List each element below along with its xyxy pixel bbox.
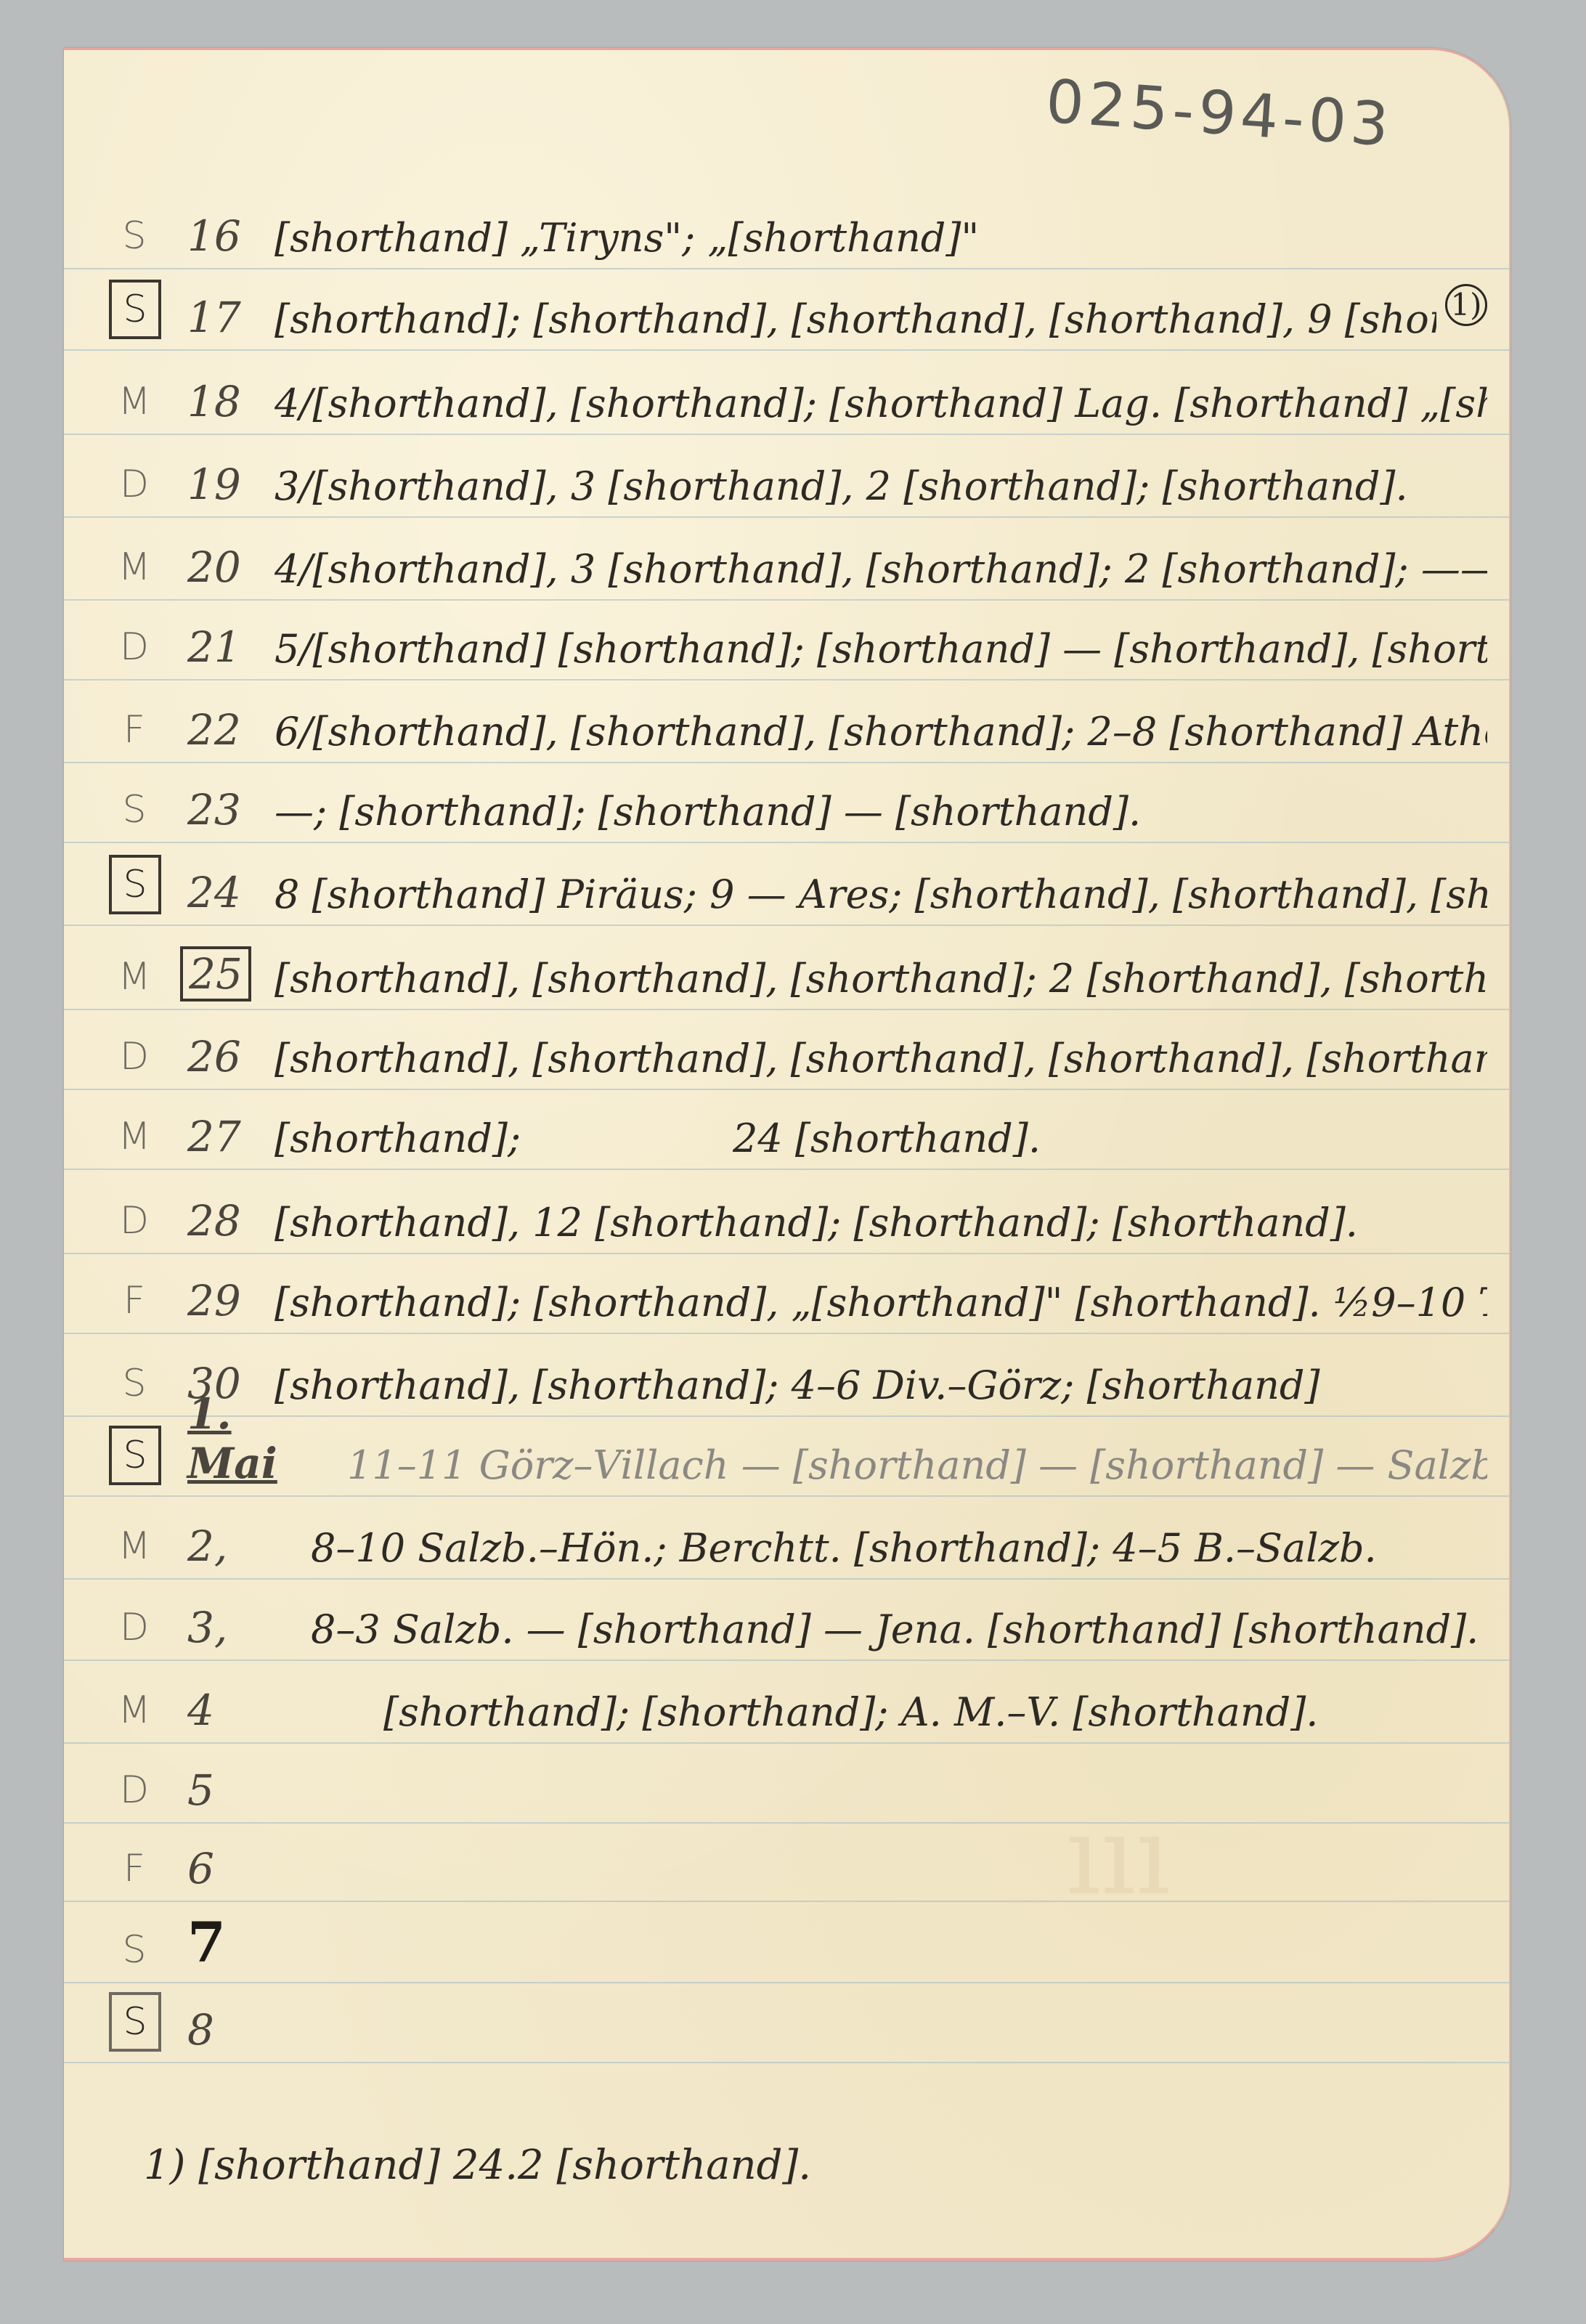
day-number: 26 bbox=[187, 1032, 267, 1081]
day-number: 27 bbox=[187, 1112, 267, 1161]
day-number: 2, bbox=[187, 1521, 267, 1571]
day-number: 3, bbox=[187, 1603, 267, 1652]
diary-entry-may-6: F 6 bbox=[64, 1828, 1509, 1901]
diary-entry-26: D 26 [shorthand], [shorthand], [shorthan… bbox=[64, 1016, 1509, 1089]
entry-text: 5/[shorthand] [shorthand]; [shorthand] —… bbox=[274, 626, 1487, 672]
sunday-box: S bbox=[109, 280, 161, 339]
ruled-line bbox=[64, 1089, 1509, 1090]
ruled-line bbox=[64, 679, 1509, 680]
diary-entry-may-5: D 5 bbox=[64, 1750, 1509, 1822]
diary-entry-may-3: D 3, 8–3 Salzb. — [shorthand] — Jena. [s… bbox=[64, 1587, 1509, 1659]
ruled-line bbox=[64, 1333, 1509, 1334]
entry-text: 6/[shorthand], [shorthand], [shorthand];… bbox=[274, 709, 1487, 755]
day-number: 5 bbox=[187, 1766, 267, 1815]
weekday-label: M bbox=[109, 1115, 160, 1158]
entry-text: [shorthand], [shorthand]; 4–6 Div.–Görz;… bbox=[274, 1362, 1487, 1408]
ruled-line bbox=[64, 1901, 1509, 1902]
day-number-boxed: 25 bbox=[180, 946, 251, 1001]
entry-text: 8–10 Salzb.–Hön.; Berchtt. [shorthand]; … bbox=[311, 1525, 1487, 1571]
weekday-label: M bbox=[109, 380, 160, 423]
weekday-label: D bbox=[109, 1606, 160, 1649]
ruled-line bbox=[64, 599, 1509, 601]
day-number: 29 bbox=[187, 1276, 267, 1325]
entry-text: [shorthand]; [shorthand], [shorthand], [… bbox=[274, 296, 1436, 342]
entry-text: [shorthand] „Tiryns"; „[shorthand]" bbox=[274, 215, 1487, 261]
diary-entry-19: D 19 3/[shorthand], 3 [shorthand], 2 [sh… bbox=[64, 444, 1509, 516]
diary-entry-may-1: S 1. Mai 11–11 Görz–Villach — [shorthand… bbox=[64, 1423, 1509, 1495]
weekday-label: S bbox=[109, 1362, 160, 1405]
ruled-line bbox=[64, 1742, 1509, 1744]
diary-entry-may-7: S 7 bbox=[64, 1909, 1509, 1982]
weekday-label: M bbox=[109, 1689, 160, 1732]
entry-text: 4/[shorthand], [shorthand]; [shorthand] … bbox=[274, 381, 1487, 426]
day-number: 4 bbox=[187, 1686, 267, 1735]
day-number: 6 bbox=[187, 1844, 267, 1893]
weekday-label: D bbox=[109, 1199, 160, 1243]
ruled-line bbox=[64, 268, 1509, 269]
weekday-label: S bbox=[109, 1928, 160, 1972]
day-number: 16 bbox=[187, 211, 267, 261]
diary-entry-29: F 29 [shorthand]; [shorthand], „[shortha… bbox=[64, 1260, 1509, 1333]
weekday-label: F bbox=[109, 1847, 160, 1890]
diary-entry-23: S 23 —; [shorthand]; [shorthand] — [shor… bbox=[64, 769, 1509, 842]
day-number: 21 bbox=[187, 622, 267, 672]
day-number: 23 bbox=[187, 785, 267, 834]
weekday-label: D bbox=[109, 625, 160, 669]
ruled-line bbox=[64, 1822, 1509, 1824]
ruled-line bbox=[64, 762, 1509, 763]
ruled-line bbox=[64, 1578, 1509, 1580]
weekday-label: S bbox=[109, 788, 160, 832]
day-number: 18 bbox=[187, 377, 267, 426]
day-number-bold: 7 bbox=[187, 1910, 267, 1975]
day-number: 8 bbox=[187, 2005, 267, 2055]
footnote-marker: 1) bbox=[1445, 284, 1487, 326]
day-number: 20 bbox=[187, 543, 267, 592]
ruled-line bbox=[64, 1982, 1509, 1983]
diary-entry-may-2: M 2, 8–10 Salzb.–Hön.; Berchtt. [shortha… bbox=[64, 1506, 1509, 1578]
day-number: 19 bbox=[187, 460, 267, 509]
ruled-line bbox=[64, 1659, 1509, 1661]
day-number: 22 bbox=[187, 705, 267, 755]
diary-entry-17: S 17 [shorthand]; [shorthand], [shorthan… bbox=[64, 277, 1509, 349]
diary-entry-28: D 28 [shorthand], 12 [shorthand]; [short… bbox=[64, 1180, 1509, 1253]
sunday-box: S bbox=[109, 1992, 161, 2052]
day-number: 24 bbox=[187, 868, 267, 917]
month-marker: 1. Mai bbox=[187, 1389, 333, 1488]
entry-text: 4/[shorthand], 3 [shorthand], [shorthand… bbox=[274, 546, 1487, 592]
entry-text: [shorthand]; 24 [shorthand]. bbox=[274, 1116, 1487, 1161]
entry-text: 8–3 Salzb. — [shorthand] — Jena. [shorth… bbox=[311, 1606, 1487, 1652]
day-number: 17 bbox=[187, 293, 267, 342]
sunday-box: S bbox=[109, 1426, 161, 1485]
sunday-box: S bbox=[109, 855, 161, 914]
entry-text: 3/[shorthand], 3 [shorthand], 2 [shortha… bbox=[274, 463, 1487, 509]
ruled-line bbox=[64, 1253, 1509, 1254]
entry-text: —; [shorthand]; [shorthand] — [shorthand… bbox=[274, 789, 1487, 834]
weekday-label: S bbox=[109, 214, 160, 258]
entry-text: [shorthand], [shorthand], [shorthand], [… bbox=[274, 1036, 1487, 1081]
weekday-label: F bbox=[109, 1279, 160, 1323]
weekday-label: M bbox=[109, 1524, 160, 1568]
ruled-line bbox=[64, 2062, 1509, 2063]
diary-entry-27: M 27 [shorthand]; 24 [shorthand]. bbox=[64, 1096, 1509, 1169]
weekday-label: F bbox=[109, 708, 160, 752]
ruled-line bbox=[64, 1009, 1509, 1010]
ruled-line bbox=[64, 349, 1509, 351]
diary-entry-may-8: S 8 bbox=[64, 1989, 1509, 2062]
ruled-line bbox=[64, 842, 1509, 843]
weekday-label: M bbox=[109, 545, 160, 589]
day-number: 28 bbox=[187, 1196, 267, 1246]
entry-text: 8 [shorthand] Piräus; 9 — Ares; [shortha… bbox=[274, 871, 1487, 917]
ruled-line bbox=[64, 1495, 1509, 1497]
entry-text: [shorthand], 12 [shorthand]; [shorthand]… bbox=[274, 1200, 1487, 1246]
ruled-line bbox=[64, 925, 1509, 926]
diary-entry-21: D 21 5/[shorthand] [shorthand]; [shortha… bbox=[64, 606, 1509, 679]
ruled-line bbox=[64, 434, 1509, 435]
weekday-label: D bbox=[109, 463, 160, 506]
diary-entry-16: S 16 [shorthand] „Tiryns"; „[shorthand]" bbox=[64, 195, 1509, 268]
entry-text: [shorthand]; [shorthand]; A. M.–V. [shor… bbox=[383, 1689, 1487, 1735]
weekday-label: D bbox=[109, 1035, 160, 1078]
diary-entry-25: M 25 [shorthand], [shorthand], [shorthan… bbox=[64, 936, 1509, 1009]
ruled-line bbox=[64, 1169, 1509, 1170]
entry-text: [shorthand]; [shorthand], „[shorthand]" … bbox=[274, 1280, 1487, 1325]
diary-entry-18: M 18 4/[shorthand], [shorthand]; [shorth… bbox=[64, 361, 1509, 434]
diary-entry-22: F 22 6/[shorthand], [shorthand], [shorth… bbox=[64, 689, 1509, 762]
entry-text-pencil: 11–11 Görz–Villach — [shorthand] — [shor… bbox=[347, 1442, 1487, 1488]
diary-entry-20: M 20 4/[shorthand], 3 [shorthand], [shor… bbox=[64, 527, 1509, 599]
entry-text: [shorthand], [shorthand], [shorthand]; 2… bbox=[274, 956, 1487, 1001]
weekday-label: M bbox=[109, 955, 160, 999]
diary-entry-24: S 24 8 [shorthand] Piräus; 9 — Ares; [sh… bbox=[64, 852, 1509, 925]
diary-entry-may-4: M 4 [shorthand]; [shorthand]; A. M.–V. [… bbox=[64, 1670, 1509, 1742]
diary-page: ııı 025-94-03 S 16 [shorthand] „Tiryns";… bbox=[64, 48, 1510, 2261]
ruled-line bbox=[64, 516, 1509, 518]
footnote: 1) [shorthand] 24.2 [shorthand]. bbox=[144, 2142, 811, 2189]
weekday-label: D bbox=[109, 1768, 160, 1812]
archive-number: 025-94-03 bbox=[1044, 67, 1395, 160]
